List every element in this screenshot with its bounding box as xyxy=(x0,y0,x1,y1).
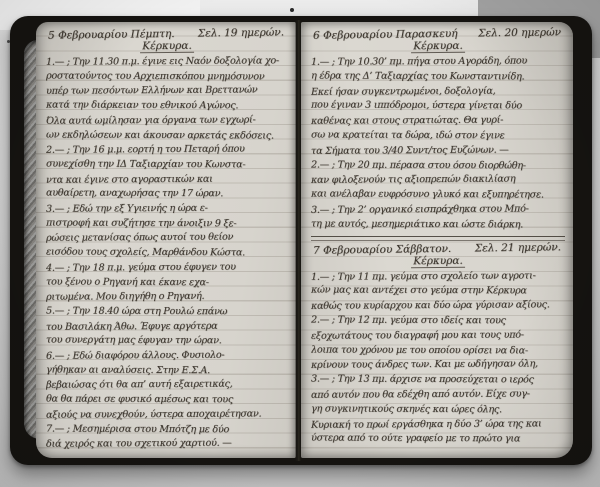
handwritten-line: εξοχωτάτους του διαγραφή μου και τους υπ… xyxy=(311,328,565,344)
entry-location: Κέρκυρα. xyxy=(311,39,565,56)
handwritten-line: του ξένου ο Ρηγανή και έκανε εχα- xyxy=(46,275,288,291)
handwritten-line: και ανέλαβαν ευφρόσυνο γλυκό και εξυπηρέ… xyxy=(311,188,565,204)
handwritten-line: σω να κρατείται τα δώρα, ιδώ στον έγινε xyxy=(311,128,565,144)
handwritten-line: γη συγκινητικούς σκηνές και ώρες όλης. xyxy=(311,402,565,418)
handwritten-line: κατά την διάρκειαν του εθνικού Αγώνος. xyxy=(46,99,288,115)
left-page: 5 Φεβρουαρίου Πέμπτη. Σελ. 19 ημερών. Κέ… xyxy=(36,22,296,458)
handwritten-line: του συνεργάτη μας έφυγαν την ώραν. xyxy=(46,334,288,350)
handwritten-line: 4.— ; Την 18 π.μ. γεύμα στου έφυγεν του xyxy=(46,260,288,276)
handwritten-line: διά χειρός και του σχετικού χαρτιού. — xyxy=(46,437,288,453)
handwritten-line: θα θα πάρει σε φυσικό αμέσως και τους xyxy=(46,393,288,409)
handwritten-line: βεβαιώσας ότι θα απ’ αυτή εξαιρετικάς, xyxy=(46,378,288,394)
entry-location: Κέρκυρα. xyxy=(311,253,565,270)
handwritten-text-block: 1.— ; Την 10.30’ πμ. πήγα στου Αγοράδη, … xyxy=(311,55,565,233)
handwritten-line: τη με αυτός, μεσημεριάτικο και ώστε διάρ… xyxy=(311,217,565,233)
entry-page-note: Σελ. 20 ημερών xyxy=(478,26,561,39)
handwritten-line: 6.— ; Εδώ διαφόρου άλλους. Φυσιολο- xyxy=(46,348,288,364)
book-gutter xyxy=(295,20,301,461)
handwritten-line: ων εκδηλώσεων και άκουσαν αρκετάς εκδόσε… xyxy=(46,128,288,144)
right-page: 6 Φεβρουαρίου Παρασκευή Σελ. 20 ημερών Κ… xyxy=(301,22,573,458)
handwritten-text-block: 1.— ; Την 11.30 π.μ. έγινε εις Ναόν δοξο… xyxy=(46,55,288,452)
handwritten-line: εισόδου τους σχολείς, Μαρθάνδου Κώστα. xyxy=(46,246,288,262)
handwritten-line: Όλα αυτά ωμίλησαν για όργανα των εγχωρί- xyxy=(46,113,288,129)
handwritten-line: 3.— ; Την 13 πμ. άρχισε να προσεύχεται ο… xyxy=(311,373,565,389)
entry-divider-rule xyxy=(311,236,565,241)
handwritten-line: τα Σήματα του 3/40 Συντ/τος Ευζώνων. — xyxy=(311,143,565,159)
handwritten-line: αυθαίρετη, αναχωρήσας την 17 ώραν. xyxy=(46,187,288,203)
handwritten-line: συνεχίσθη την ΙΔ Ταξιαρχίαν του Κωνστα- xyxy=(46,157,288,173)
handwritten-text-block: 1.— ; Την 11 πμ. γεύμα στο σχολείο των α… xyxy=(311,270,565,448)
diary-photo: 5 Φεβρουαρίου Πέμπτη. Σελ. 19 ημερών. Κέ… xyxy=(0,0,600,487)
handwritten-line: ύστερα από το ούτε γραφείο με το πρώτο γ… xyxy=(311,432,565,448)
handwritten-line: 3.— ; Την 2’ οργανικό εισπράχθηκα στου Μ… xyxy=(311,202,565,218)
handwritten-line: η έδρα της Δ’ Ταξιαρχίας του Κωνσταντινί… xyxy=(311,69,565,85)
entry-page-note: Σελ. 21 ημερών. xyxy=(475,241,561,254)
handwritten-line: υπέρ των πεσόντων Ελλήνων και Βρεττανών xyxy=(46,84,288,100)
entry-location: Κέρκυρα. xyxy=(46,39,288,56)
handwritten-line: 2.— ; Την 12 πμ. γεύμα στο ιδείς και του… xyxy=(311,313,565,329)
handwritten-line: 2.— ; Την 16 μ.μ. εορτή η του Πεταρή όπο… xyxy=(46,142,288,158)
handwritten-line: 1.— ; Την 11.30 π.μ. έγινε εις Ναόν δοξο… xyxy=(46,54,288,70)
left-page-content: 5 Φεβρουαρίου Πέμπτη. Σελ. 19 ημερών. Κέ… xyxy=(36,22,296,458)
handwritten-line: αξιούς να συνεχθούν, ύστερα αποχαιρέτησα… xyxy=(46,407,288,423)
handwritten-line: καθώς του κυρίαρχου και δύο ώρα γύρισαν … xyxy=(311,298,565,314)
handwritten-line: ριτωμένα. Μου διηγήθη ο Ρηγανή. xyxy=(46,290,288,306)
handwritten-line: 5.— ; Την 18.40 ώρα στη Ρουλώ επάνω xyxy=(46,304,288,320)
handwritten-line: 7.— ; Μεσημέρισα στου Μπότζη με δύο xyxy=(46,422,288,438)
handwritten-line: καν φιλοξενούν τις αξιοπρεπών διακιλίαση xyxy=(311,173,565,189)
right-page-content: 6 Φεβρουαρίου Παρασκευή Σελ. 20 ημερών Κ… xyxy=(301,22,573,458)
handwritten-line: ρώσεις μετανίσας όπως αυτοί του θείον xyxy=(46,231,288,247)
handwritten-line: κρίνουν τους άνδρες των. Και με ωδήγησαν… xyxy=(311,358,565,374)
handwritten-line: κών μας και αντέχει στο γεύμα στην Κέρκυ… xyxy=(311,284,565,300)
handwritten-line: καθένας και στους στρατιώτας. Θα γυρί- xyxy=(311,113,565,129)
handwritten-line: από αυτόν που θα εδέχθη από αυτόν. Είχε … xyxy=(311,387,565,403)
handwritten-line: που έγιναν 3 ιππόδρομοι, ύστερα γίνεται … xyxy=(311,99,565,115)
handwritten-line: 3.— ; Εδώ την εξ Υγιεινής η ώρα ε- xyxy=(46,201,288,217)
handwritten-line: ντα και έγινε στο αγοραστικών και xyxy=(46,172,288,188)
entry-page-note: Σελ. 19 ημερών. xyxy=(198,26,284,39)
dust-speck xyxy=(290,8,294,12)
handwritten-line: 1.— ; Την 10.30’ πμ. πήγα στου Αγοράδη, … xyxy=(311,54,565,70)
